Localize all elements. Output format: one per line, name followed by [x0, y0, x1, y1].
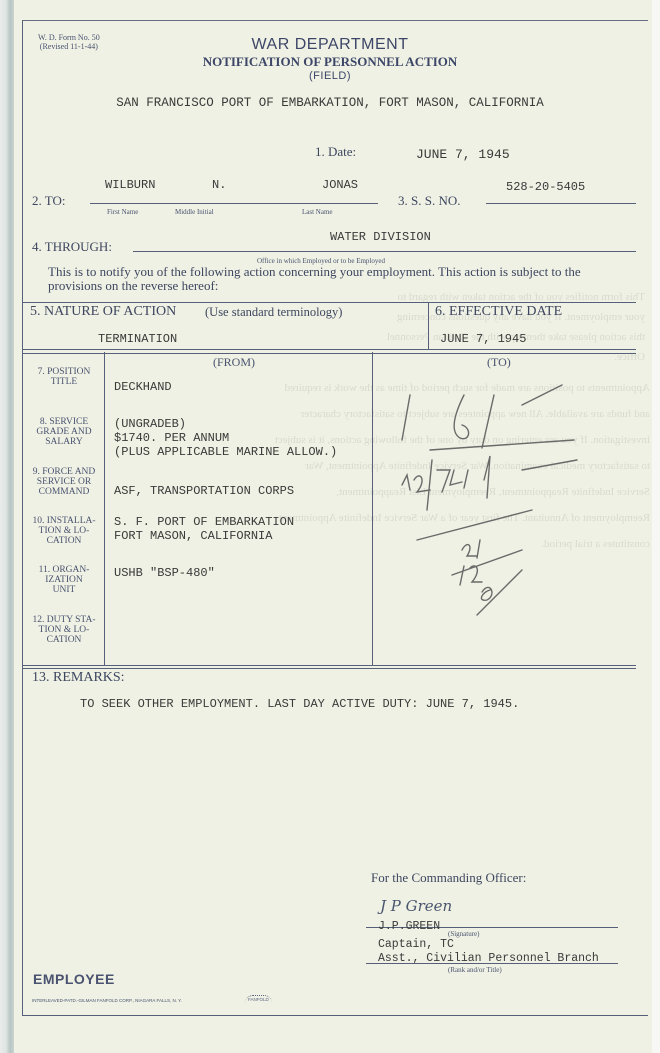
printer-imprint: INTERLEAVED-PATD.-GILMAN FANFOLD CORP., … [32, 998, 182, 1003]
section-5-top-rule [22, 302, 636, 303]
row-label-duty-station: 12. DUTY STA- TION & LO- CATION [26, 615, 102, 645]
row-label-organization-unit: 11. ORGAN- IZATION UNIT [26, 565, 102, 595]
effective-date-label: 6. EFFECTIVE DATE [435, 304, 562, 320]
organization: SAN FRANCISCO PORT OF EMBARKATION, FORT … [0, 96, 660, 110]
copy-designation: EMPLOYEE [33, 971, 115, 987]
from-header: (FROM) [213, 355, 255, 370]
form-subtitle: (FIELD) [0, 70, 660, 82]
signer-name: J.P.GREEN [378, 920, 440, 933]
handwritten-calculation [372, 370, 632, 620]
title-caption: (Rank and/or Title) [448, 966, 502, 974]
printer-logo-icon: FANFOLD [245, 995, 272, 1003]
date-label: 1. Date: [315, 144, 356, 160]
from-installation: S. F. PORT OF EMBARKATION FORT MASON, CA… [114, 515, 294, 543]
paper-right-edge [652, 0, 660, 1053]
middle-initial: N. [212, 178, 226, 192]
row-label-force-service: 9. FORCE AND SERVICE OR COMMAND [26, 467, 102, 497]
signer-rank: Captain, TC [378, 938, 454, 951]
for-commanding-officer: For the Commanding Officer: [371, 870, 526, 886]
first-name-caption: First Name [107, 208, 138, 216]
section-6-bottom-rule [22, 349, 636, 354]
first-name: WILBURN [105, 178, 155, 192]
nature-of-action-label: 5. NATURE OF ACTION [30, 304, 176, 320]
signature-caption: (Signature) [448, 930, 480, 938]
last-name-caption: Last Name [302, 208, 333, 216]
section-5-6-divider [428, 302, 429, 350]
through-value: WATER DIVISION [330, 230, 431, 244]
paper-left-edge [0, 0, 14, 1053]
middle-initial-caption: Middle Initial [175, 208, 214, 216]
bleed-through-text: This form notifies you of the action tak… [385, 287, 645, 367]
to-header: (TO) [487, 355, 511, 370]
date-value: JUNE 7, 1945 [416, 147, 510, 162]
row-label-installation: 10. INSTALLA- TION & LO- CATION [26, 516, 102, 546]
effective-date-value: JUNE 7, 1945 [440, 332, 526, 346]
form-title: NOTIFICATION OF PERSONNEL ACTION [0, 54, 660, 70]
ssn-label: 3. S. S. NO. [398, 193, 461, 209]
ssn-underline [486, 203, 636, 204]
remarks-label: 13. REMARKS: [32, 670, 125, 686]
handwritten-signature: J P Green [380, 897, 452, 915]
nature-of-action-value: TERMINATION [98, 332, 177, 346]
table-label-divider [104, 352, 105, 666]
from-organization-unit: USHB "BSP-480" [114, 566, 215, 580]
table-bottom-rule [22, 665, 636, 669]
to-label: 2. TO: [32, 193, 65, 209]
through-label: 4. THROUGH: [32, 239, 112, 255]
title-line [366, 963, 618, 964]
nature-of-action-hint: (Use standard terminology) [205, 305, 342, 320]
department-title: WAR DEPARTMENT [0, 36, 660, 54]
remarks-value: TO SEEK OTHER EMPLOYMENT. LAST DAY ACTIV… [80, 697, 519, 711]
row-label-position-title: 7. POSITION TITLE [26, 367, 102, 387]
ssn-value: 528-20-5405 [506, 180, 585, 194]
from-force-service: ASF, TRANSPORTATION CORPS [114, 484, 294, 498]
to-underline [90, 203, 378, 204]
row-label-service-grade: 8. SERVICE GRADE AND SALARY [26, 417, 102, 447]
through-underline [133, 251, 636, 252]
last-name: JONAS [322, 178, 358, 192]
from-position-title: DECKHAND [114, 380, 172, 394]
